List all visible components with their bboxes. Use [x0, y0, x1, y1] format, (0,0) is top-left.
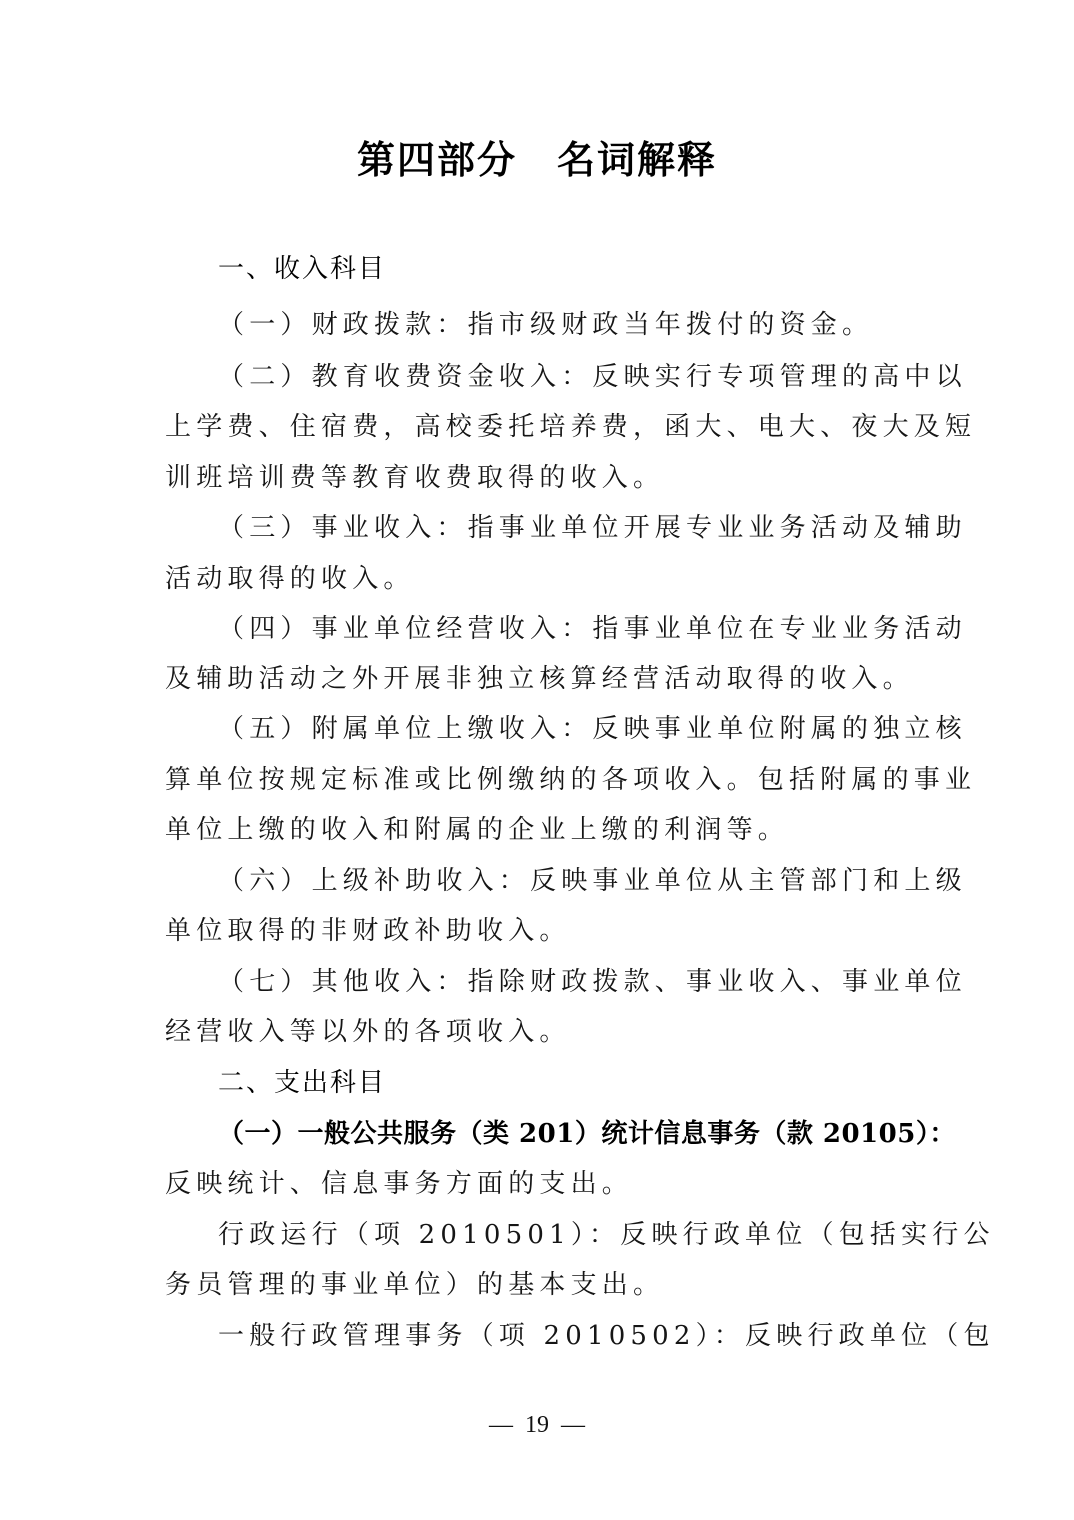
income-item-2-line-2: 上学费、住宿费，高校委托培养费，函大、电大、夜大及短: [165, 410, 925, 444]
income-item-4-line-2: 及辅助活动之外开展非独立核算经营活动取得的收入。: [165, 662, 925, 696]
income-item-2-line-3: 训班培训费等教育收费取得的收入。: [165, 461, 925, 495]
document-page: 第四部分 名词解释 一、收入科目 （一）财政拨款：指市级财政当年拨付的资金。 （…: [0, 0, 1074, 1520]
expenditure-item-2-line-2: 务员管理的事业单位）的基本支出。: [165, 1268, 925, 1302]
income-item-5-line-3: 单位上缴的收入和附属的企业上缴的利润等。: [165, 813, 925, 847]
income-item-2-line-1: （二）教育收费资金收入：反映实行专项管理的高中以: [218, 360, 978, 394]
page-title: 第四部分 名词解释: [0, 135, 1074, 185]
expenditure-item-2-line-1: 行政运行（项 2010501）：反映行政单位（包括实行公: [218, 1218, 978, 1252]
income-item-1-line-1: （一）财政拨款：指市级财政当年拨付的资金。: [218, 308, 978, 342]
expenditure-item-1-line-1: 反映统计、信息事务方面的支出。: [165, 1167, 925, 1201]
page-number: — 19 —: [0, 1410, 1074, 1440]
section-heading-expenditure: 二、支出科目: [218, 1066, 978, 1100]
income-item-4-line-1: （四）事业单位经营收入：指事业单位在专业业务活动: [218, 612, 978, 646]
income-item-3-line-2: 活动取得的收入。: [165, 562, 925, 596]
expenditure-item-3-line-1: 一般行政管理事务（项 2010502）：反映行政单位（包: [218, 1319, 978, 1353]
income-item-7-line-2: 经营收入等以外的各项收入。: [165, 1015, 925, 1049]
expenditure-item-1-lead: （一）一般公共服务（类 201）统计信息事务（款 20105）：: [218, 1117, 978, 1151]
income-item-5-line-1: （五）附属单位上缴收入：反映事业单位附属的独立核: [218, 712, 978, 746]
section-heading-income: 一、收入科目: [218, 252, 978, 286]
income-item-6-line-1: （六）上级补助收入：反映事业单位从主管部门和上级: [218, 864, 978, 898]
income-item-7-line-1: （七）其他收入：指除财政拨款、事业收入、事业单位: [218, 965, 978, 999]
income-item-3-line-1: （三）事业收入：指事业单位开展专业业务活动及辅助: [218, 511, 978, 545]
income-item-6-line-2: 单位取得的非财政补助收入。: [165, 914, 925, 948]
income-item-5-line-2: 算单位按规定标准或比例缴纳的各项收入。包括附属的事业: [165, 763, 925, 797]
